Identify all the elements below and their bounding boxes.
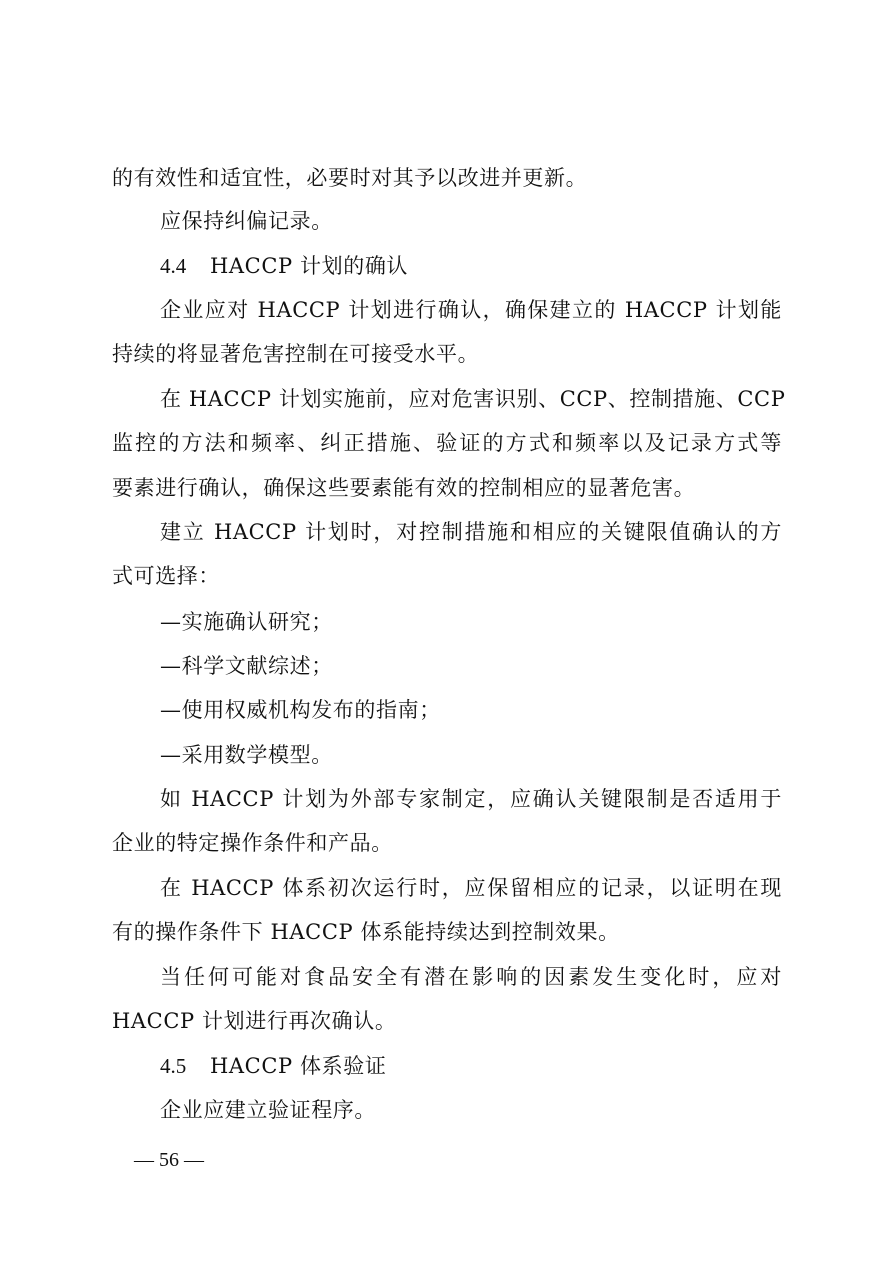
section-number: 4.4 xyxy=(160,251,210,281)
list-item: —采用数学模型。 xyxy=(160,740,782,770)
section-heading-4-4: 4.4HACCP 计划的确认 xyxy=(160,251,782,281)
section-title: HACCP 体系验证 xyxy=(210,1054,386,1078)
section-number: 4.5 xyxy=(160,1051,210,1081)
document-page: 的有效性和适宜性，必要时对其予以改进并更新。 应保持纠偏记录。 4.4HACCP… xyxy=(0,0,892,1262)
paragraph-line: 式可选择： xyxy=(112,561,782,591)
paragraph-line: 企业应对 HACCP 计划进行确认，确保建立的 HACCP 计划能 xyxy=(160,295,782,325)
paragraph-line: 企业应建立验证程序。 xyxy=(160,1095,782,1125)
paragraph-line: 的有效性和适宜性，必要时对其予以改进并更新。 xyxy=(112,163,782,193)
paragraph-line: 有的操作条件下 HACCP 体系能持续达到控制效果。 xyxy=(112,917,782,947)
paragraph-line: 要素进行确认，确保这些要素能有效的控制相应的显著危害。 xyxy=(112,473,782,503)
paragraph-line: 如 HACCP 计划为外部专家制定，应确认关键限制是否适用于 xyxy=(160,784,782,814)
list-item: —使用权威机构发布的指南； xyxy=(160,695,782,725)
paragraph-line: 在 HACCP 计划实施前，应对危害识别、CCP、控制措施、CCP xyxy=(160,384,782,414)
list-item: —科学文献综述； xyxy=(160,651,782,681)
paragraph-line: 在 HACCP 体系初次运行时，应保留相应的记录，以证明在现 xyxy=(160,873,782,903)
paragraph-line: 应保持纠偏记录。 xyxy=(160,206,782,236)
paragraph-line: 持续的将显著危害控制在可接受水平。 xyxy=(112,339,782,369)
paragraph-line: 当任何可能对食品安全有潜在影响的因素发生变化时，应对 xyxy=(160,962,782,992)
section-title: HACCP 计划的确认 xyxy=(210,254,408,278)
paragraph-line: HACCP 计划进行再次确认。 xyxy=(112,1006,782,1036)
section-heading-4-5: 4.5HACCP 体系验证 xyxy=(160,1051,782,1081)
paragraph-line: 监控的方法和频率、纠正措施、验证的方式和频率以及记录方式等 xyxy=(112,428,782,458)
page-number: — 56 — xyxy=(134,1146,204,1174)
list-item: —实施确认研究； xyxy=(160,607,782,637)
paragraph-line: 建立 HACCP 计划时，对控制措施和相应的关键限值确认的方 xyxy=(160,517,782,547)
paragraph-line: 企业的特定操作条件和产品。 xyxy=(112,828,782,858)
